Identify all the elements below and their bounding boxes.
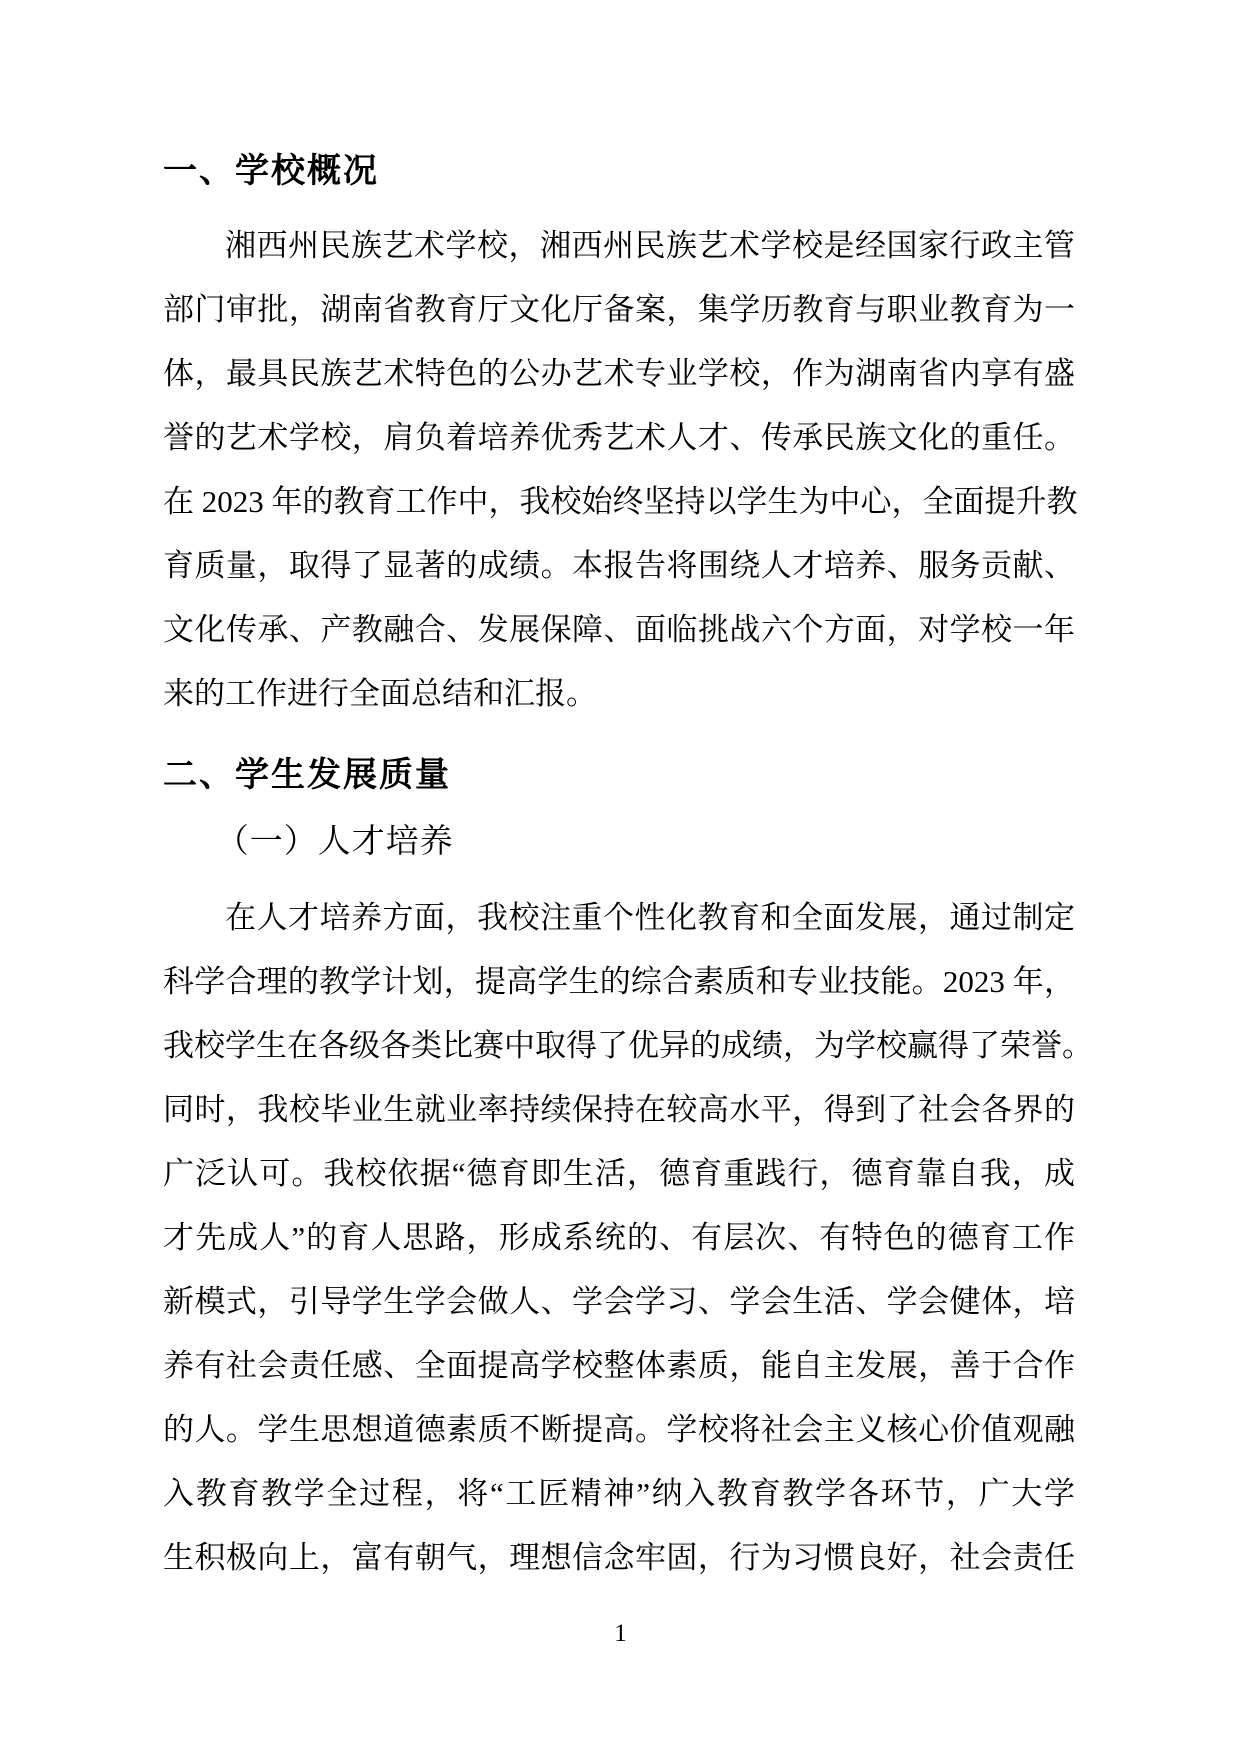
paragraph-line: 的人。学生思想道德素质不断提高。学校将社会主义核心价值观融 bbox=[163, 1398, 1075, 1462]
paragraph-talent-cultivation: 在人才培养方面，我校注重个性化教育和全面发展，通过制定 科学合理的教学计划，提高… bbox=[163, 886, 1075, 1590]
paragraph-line: 才先成人”的育人思路，形成系统的、有层次、有特色的德育工作 bbox=[163, 1206, 1075, 1270]
heading-student-development: 二、学生发展质量 bbox=[163, 752, 1075, 798]
subheading-talent-cultivation: （一）人才培养 bbox=[163, 820, 1075, 864]
paragraph-line: 体，最具民族艺术特色的公办艺术专业学校，作为湖南省内享有盛 bbox=[163, 342, 1075, 406]
paragraph-line: 入教育教学全过程，将“工匠精神”纳入教育教学各环节，广大学 bbox=[163, 1462, 1075, 1526]
paragraph-line: 养有社会责任感、全面提高学校整体素质，能自主发展，善于合作 bbox=[163, 1334, 1075, 1398]
paragraph-line: 在 2023 年的教育工作中，我校始终坚持以学生为中心，全面提升教 bbox=[163, 470, 1075, 534]
paragraph-line: 广泛认可。我校依据“德育即生活，德育重践行，德育靠自我，成 bbox=[163, 1142, 1075, 1206]
paragraph-line: 来的工作进行全面总结和汇报。 bbox=[163, 662, 1075, 726]
paragraph-school-overview: 湘西州民族艺术学校，湘西州民族艺术学校是经国家行政主管 部门审批，湖南省教育厅文… bbox=[163, 214, 1075, 726]
paragraph-line: 科学合理的教学计划，提高学生的综合素质和专业技能。2023 年， bbox=[163, 950, 1075, 1014]
paragraph-line: 我校学生在各级各类比赛中取得了优异的成绩，为学校赢得了荣誉。 bbox=[163, 1014, 1075, 1078]
paragraph-line: 生积极向上，富有朝气，理想信念牢固，行为习惯良好，社会责任 bbox=[163, 1526, 1075, 1590]
document-content: 一、学校概况 湘西州民族艺术学校，湘西州民族艺术学校是经国家行政主管 部门审批，… bbox=[163, 0, 1075, 1590]
paragraph-line: 誉的艺术学校，肩负着培养优秀艺术人才、传承民族文化的重任。 bbox=[163, 406, 1075, 470]
document-page: 一、学校概况 湘西州民族艺术学校，湘西州民族艺术学校是经国家行政主管 部门审批，… bbox=[0, 0, 1241, 1755]
heading-school-overview: 一、学校概况 bbox=[163, 148, 1075, 194]
paragraph-line: 部门审批，湖南省教育厅文化厅备案，集学历教育与职业教育为一 bbox=[163, 278, 1075, 342]
paragraph-line: 文化传承、产教融合、发展保障、面临挑战六个方面，对学校一年 bbox=[163, 598, 1075, 662]
paragraph-line: 育质量，取得了显著的成绩。本报告将围绕人才培养、服务贡献、 bbox=[163, 534, 1075, 598]
paragraph-line: 新模式，引导学生学会做人、学会学习、学会生活、学会健体，培 bbox=[163, 1270, 1075, 1334]
page-number: 1 bbox=[0, 1618, 1241, 1650]
paragraph-line: 湘西州民族艺术学校，湘西州民族艺术学校是经国家行政主管 bbox=[163, 214, 1075, 278]
paragraph-line: 同时，我校毕业生就业率持续保持在较高水平，得到了社会各界的 bbox=[163, 1078, 1075, 1142]
paragraph-line: 在人才培养方面，我校注重个性化教育和全面发展，通过制定 bbox=[163, 886, 1075, 950]
